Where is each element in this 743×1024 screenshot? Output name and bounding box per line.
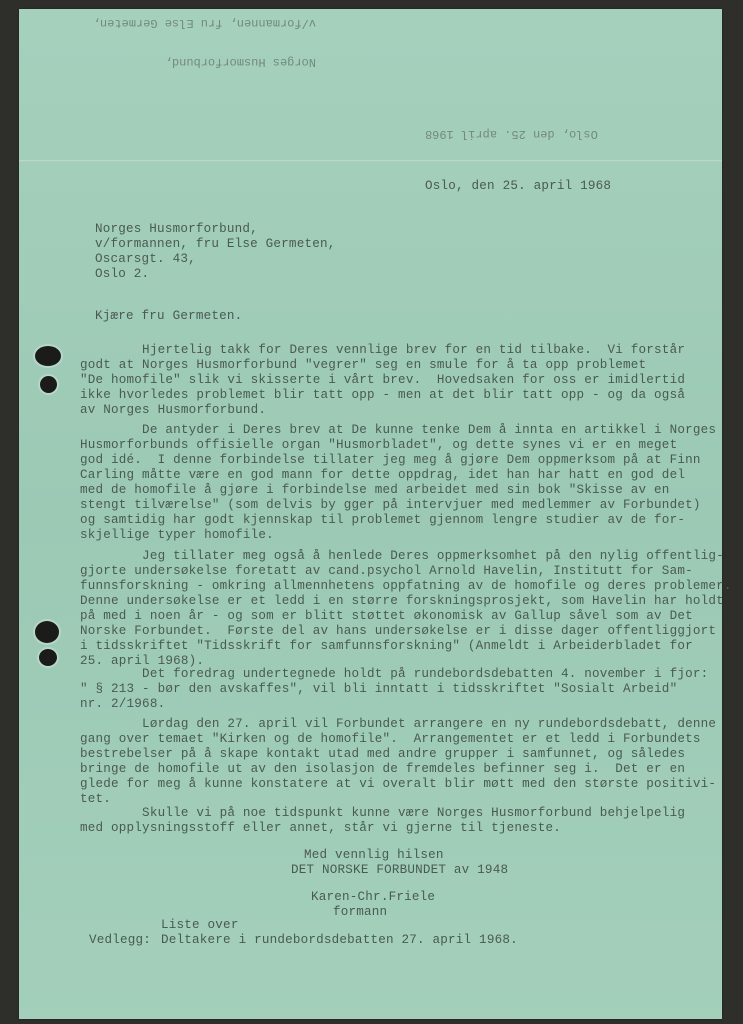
text-line: tet. bbox=[80, 792, 700, 807]
recipient-address: Norges Husmorforbund, v/formannen, fru E… bbox=[95, 222, 715, 282]
paragraph-4: Det foredrag undertegnede holdt på runde… bbox=[80, 667, 700, 712]
address-line: Oscarsgt. 43, bbox=[95, 252, 715, 267]
enclosure-label: Vedlegg: bbox=[89, 933, 151, 948]
paragraph-5: Lørdag den 27. april vil Forbundet arran… bbox=[80, 717, 700, 807]
address-line: Norges Husmorforbund, bbox=[95, 222, 715, 237]
address-line: Oslo 2. bbox=[95, 267, 715, 282]
enclosure-line-1: Liste over bbox=[161, 918, 239, 933]
text-line: De antyder i Deres brev at De kunne tenk… bbox=[80, 423, 700, 438]
text-line: Skulle vi på noe tidspunkt kunne være No… bbox=[80, 806, 700, 821]
text-line: " § 213 - bør den avskaffes", vil bli in… bbox=[80, 682, 700, 697]
address-line: v/formannen, fru Else Germeten, bbox=[95, 237, 715, 252]
text-line: "De homofile" slik vi skisserte i vårt b… bbox=[80, 373, 700, 388]
text-line: Det foredrag undertegnede holdt på runde… bbox=[80, 667, 700, 682]
signatory-name: Karen-Chr.Friele bbox=[311, 890, 435, 905]
text-line: av Norges Husmorforbund. bbox=[80, 403, 700, 418]
text-line: Lørdag den 27. april vil Forbundet arran… bbox=[80, 717, 700, 732]
letter-date: Oslo, den 25. april 1968 bbox=[425, 179, 611, 194]
text-line: stengt tilværelse" (som delvis by gger p… bbox=[80, 498, 700, 513]
paragraph-1: Hjertelig takk for Deres vennlige brev f… bbox=[80, 343, 700, 418]
text-line: Carling måtte være en god mann for dette… bbox=[80, 468, 700, 483]
bleed-through-address: Norges Husmorforbund, v/formannen, fru E… bbox=[93, 0, 316, 94]
bleed-through-date: Oslo, den 25. april 1968 bbox=[425, 127, 598, 140]
punch-hole bbox=[39, 649, 57, 666]
text-line: bringe de homofile ut av den isolasjon d… bbox=[80, 762, 700, 777]
text-line: med de homofile å gjøre i forbindelse me… bbox=[80, 483, 700, 498]
text-line: god idé. I denne forbindelse tillater je… bbox=[80, 453, 700, 468]
text-line: Norske Forbundet. Første del av hans und… bbox=[80, 624, 700, 639]
text-line: Hjertelig takk for Deres vennlige brev f… bbox=[80, 343, 700, 358]
text-line: gang over temaet "Kirken og de homofile"… bbox=[80, 732, 700, 747]
text-line: på med i noen år - og som er blitt støtt… bbox=[80, 609, 700, 624]
punch-hole bbox=[35, 621, 59, 643]
paragraph-3: Jeg tillater meg også å henlede Deres op… bbox=[80, 549, 700, 669]
text-line: funnsforskning - omkring allmennhetens o… bbox=[80, 579, 700, 594]
text-line: godt at Norges Husmorforbund "vegrer" se… bbox=[80, 358, 700, 373]
punch-hole bbox=[35, 346, 61, 366]
salutation: Kjære fru Germeten. bbox=[95, 309, 242, 324]
text-line: Denne undersøkelse er et ledd i en størr… bbox=[80, 594, 700, 609]
text-line: ikke hvorledes problemet blir tatt opp -… bbox=[80, 388, 700, 403]
closing-organization: DET NORSKE FORBUNDET av 1948 bbox=[291, 863, 508, 878]
text-line: nr. 2/1968. bbox=[80, 697, 700, 712]
text-line: i tidsskriftet "Tidsskrift for samfunnsf… bbox=[80, 639, 700, 654]
text-line: Husmorforbunds offisielle organ "Husmorb… bbox=[80, 438, 700, 453]
text-line: gjorte undersøkelse foretatt av cand.psy… bbox=[80, 564, 700, 579]
punch-hole bbox=[40, 376, 57, 393]
closing-greeting: Med vennlig hilsen bbox=[304, 848, 444, 863]
signatory-title: formann bbox=[333, 905, 387, 920]
text-line: skjellige typer homofile. bbox=[80, 528, 700, 543]
text-line: glede for meg å kunne konstatere at vi o… bbox=[80, 777, 700, 792]
text-line: og samtidig har godt kjennskap til probl… bbox=[80, 513, 700, 528]
enclosure-line-2: Deltakere i rundebordsdebatten 27. april… bbox=[161, 933, 518, 948]
text-line: bestrebelser på å skape kontakt utad med… bbox=[80, 747, 700, 762]
paragraph-6: Skulle vi på noe tidspunkt kunne være No… bbox=[80, 806, 700, 836]
text-line: med opplysningsstoff eller annet, står v… bbox=[80, 821, 700, 836]
paragraph-2: De antyder i Deres brev at De kunne tenk… bbox=[80, 423, 700, 543]
text-line: Jeg tillater meg også å henlede Deres op… bbox=[80, 549, 700, 564]
paper-fold-line bbox=[19, 160, 722, 162]
